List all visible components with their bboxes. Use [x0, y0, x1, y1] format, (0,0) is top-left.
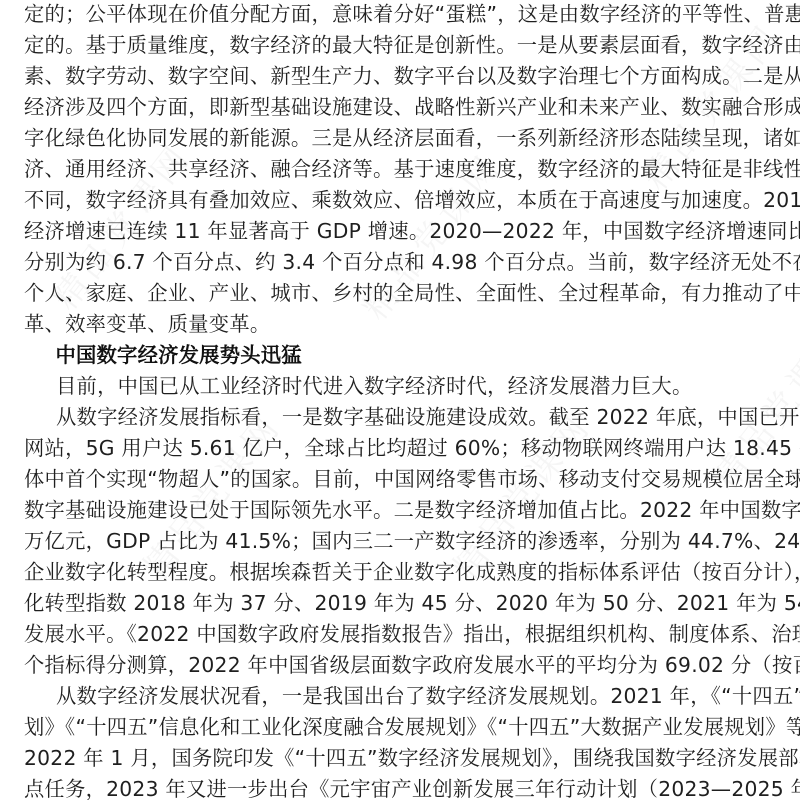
text-line: 万亿元，GDP 占比为 41.5%；国内三二一产数字经济的渗透率，分别为 44.… — [24, 526, 778, 557]
text-line: 个人、家庭、企业、产业、城市、乡村的全局性、全面性、全过程革命，有力推动了中国经… — [24, 278, 778, 309]
text-line: 经济涉及四个方面，即新型基础设施建设、战略性新兴产业和未来产业、数实融合形成的新… — [24, 92, 778, 123]
body-paragraph: 目前，中国已从工业经济时代进入数字经济时代，经济发展潜力巨大。 — [24, 371, 778, 402]
text-line: 点任务，2023 年又进一步出台《元宇宙产业创新发展三年行动计划（2023—20… — [24, 774, 778, 800]
text-line: 素、数字劳动、数字空间、新型生产力、数字平台以及数字治理七个方面构成。二是从产业… — [24, 61, 778, 92]
text-line: 从数字经济发展指标看，一是数字基础设施建设成效。截至 2022 年底，中国已开通… — [24, 402, 778, 433]
text-line: 济、通用经济、共享经济、融合经济等。基于速度维度，数字经济的最大特征是非线性。与… — [24, 154, 778, 185]
text-line: 分别为约 6.7 个百分点、约 3.4 个百分点和 4.98 个百分点。当前，数… — [24, 247, 778, 278]
body-paragraph: 从数字经济发展指标看，一是数字基础设施建设成效。截至 2022 年底，中国已开通… — [24, 402, 778, 681]
text-line: 划》《“十四五”信息化和工业化深度融合发展规划》《“十四五”大数据产业发展规划》… — [24, 712, 778, 743]
document-page: 定的；公平体现在价值分配方面，意味着分好“蛋糕”，这是由数字经济的平等性、普惠性… — [24, 0, 778, 800]
body-paragraph: 定的；公平体现在价值分配方面，意味着分好“蛋糕”，这是由数字经济的平等性、普惠性… — [24, 0, 778, 340]
text-line: 定的；公平体现在价值分配方面，意味着分好“蛋糕”，这是由数字经济的平等性、普惠性… — [24, 0, 778, 30]
text-line: 不同，数字经济具有叠加效应、乘数效应、倍增效应，本质在于高速度与加速度。2012… — [24, 185, 778, 216]
section-heading-text: 中国数字经济发展势头迅猛 — [55, 343, 301, 367]
text-line: 体中首个实现“物超人”的国家。目前，中国网络零售市场、移动支付交易规模位居全球第… — [24, 464, 778, 495]
text-line: 个指标得分测算，2022 年中国省级层面数字政府发展水平的平均分为 69.02 … — [24, 650, 778, 681]
text-line: 2022 年 1 月，国务院印发《“十四五”数字经济发展规划》，围绕我国数字经济… — [24, 743, 778, 774]
text-line: 发展水平。《2022 中国数字政府发展指数报告》指出，根据组织机构、制度体系、治… — [24, 619, 778, 650]
text-line: 数字基础设施建设已处于国际领先水平。二是数字经济增加值占比。2022 年中国数字… — [24, 495, 778, 526]
text-line: 革、效率变革、质量变革。 — [24, 309, 778, 340]
text-line: 化转型指数 2018 年为 37 分、2019 年为 45 分、2020 年为 … — [24, 588, 778, 619]
text-line: 经济增速已连续 11 年显著高于 GDP 增速。2020—2022 年，中国数字… — [24, 216, 778, 247]
text-line: 企业数字化转型程度。根据埃森哲关于企业数字化成熟度的指标体系评估（按百分计），中… — [24, 557, 778, 588]
section-heading: 中国数字经济发展势头迅猛 — [24, 340, 778, 371]
text-line: 目前，中国已从工业经济时代进入数字经济时代，经济发展潜力巨大。 — [24, 371, 778, 402]
text-line: 定的。基于质量维度，数字经济的最大特征是创新性。一是从要素层面看，数字经济由数字… — [24, 30, 778, 61]
text-line: 从数字经济发展状况看，一是我国出台了数字经济发展规划。2021 年，《“十四五”… — [24, 681, 778, 712]
text-line: 字化绿色化协同发展的新能源。三是从经济层面看，一系列新经济形态陆续呈现，诸如无形… — [24, 123, 778, 154]
text-line: 网站，5G 用户达 5.61 亿户，全球占比均超过 60%；移动物联网终端用户达… — [24, 433, 778, 464]
body-paragraph: 从数字经济发展状况看，一是我国出台了数字经济发展规划。2021 年，《“十四五”… — [24, 681, 778, 800]
